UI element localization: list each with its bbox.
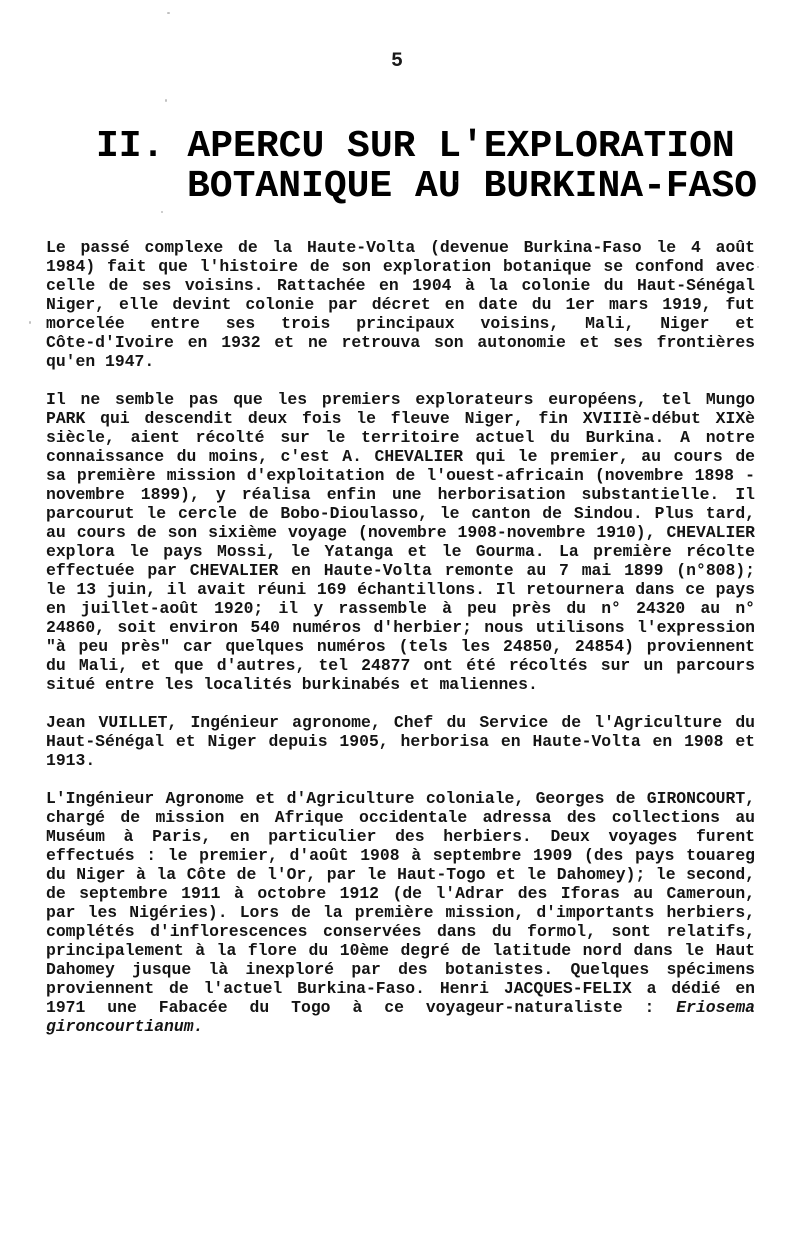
text-line: PARK qui descendit deux fois le fleuve N… — [46, 409, 755, 428]
text-line: explora le pays Mossi, le Yatanga et le … — [46, 542, 755, 561]
scan-speck — [165, 99, 167, 102]
text-line: principalement à la flore du 10ème degré… — [46, 941, 755, 960]
species-name-italic: gironcourtianum. — [46, 1017, 203, 1036]
text-line: 1913. — [46, 751, 755, 770]
text-line: Le passé complexe de la Haute-Volta (dev… — [46, 238, 755, 257]
text-line: Jean VUILLET, Ingénieur agronome, Chef d… — [46, 713, 755, 732]
scan-speck — [455, 180, 457, 182]
text-line: en juillet-août 1920; il y rassemble à p… — [46, 599, 755, 618]
text-line: le 13 juin, il avait réuni 169 échantill… — [46, 580, 755, 599]
text-line: du Niger à la Côte de l'Or, par le Haut-… — [46, 865, 755, 884]
text-line: gironcourtianum. — [46, 1017, 755, 1036]
section-heading-line2: BOTANIQUE AU BURKINA-FASO — [187, 167, 757, 207]
text-line: chargé de mission en Afrique occidentale… — [46, 808, 755, 827]
text-line: complétés d'inflorescences conservées da… — [46, 922, 755, 941]
text-line: proviennent de l'actuel Burkina-Faso. He… — [46, 979, 755, 998]
section-heading-line1: II.APERCU SUR L'EXPLORATION — [96, 127, 757, 167]
text-line: par les Nigéries). Lors de la première m… — [46, 903, 755, 922]
text-line: de septembre 1911 à octobre 1912 (de l'A… — [46, 884, 755, 903]
paragraph: Jean VUILLET, Ingénieur agronome, Chef d… — [46, 713, 755, 770]
text-line: Dahomey jusque là inexploré par des bota… — [46, 960, 755, 979]
text-line: sa première mission d'exploitation de l'… — [46, 466, 755, 485]
section-heading: II.APERCU SUR L'EXPLORATION BOTANIQUE AU… — [96, 127, 757, 207]
text-line: Haut-Sénégal et Niger depuis 1905, herbo… — [46, 732, 755, 751]
text-line: morcelée entre ses trois principaux vois… — [46, 314, 755, 333]
text-line: situé entre les localités burkinabés et … — [46, 675, 755, 694]
text-line: du Mali, et que d'autres, tel 24877 ont … — [46, 656, 755, 675]
text-line: L'Ingénieur Agronome et d'Agriculture co… — [46, 789, 755, 808]
text-line: celle de ses voisins. Rattachée en 1904 … — [46, 276, 755, 295]
text-run: 1971 une Fabacée du Togo à ce voyageur-n… — [46, 998, 676, 1017]
section-number: II. — [96, 127, 164, 167]
text-line: Côte-d'Ivoire en 1932 et ne retrouva son… — [46, 333, 755, 352]
scanned-document-page: { "page": { "number": "5" }, "title": { … — [0, 0, 800, 1239]
text-line: Muséum à Paris, en particulier des herbi… — [46, 827, 755, 846]
text-line: qu'en 1947. — [46, 352, 755, 371]
text-line: effectuée par CHEVALIER en Haute-Volta r… — [46, 561, 755, 580]
text-line: novembre 1899), y réalisa enfin une herb… — [46, 485, 755, 504]
text-line: Niger, elle devint colonie par décret en… — [46, 295, 755, 314]
text-line: au cours de son sixième voyage (novembre… — [46, 523, 755, 542]
page-number: 5 — [0, 50, 794, 73]
text-line: effectués : le premier, d'août 1908 à se… — [46, 846, 755, 865]
scan-speck — [29, 321, 31, 324]
scan-speck — [757, 266, 759, 268]
text-line: connaissance du moins, c'est A. CHEVALIE… — [46, 447, 755, 466]
text-line: 1984) fait que l'histoire de son explora… — [46, 257, 755, 276]
paragraph: Le passé complexe de la Haute-Volta (dev… — [46, 238, 755, 371]
text-line: 24860, soit environ 540 numéros d'herbie… — [46, 618, 755, 637]
species-name-italic: Eriosema — [676, 998, 755, 1017]
text-line: Il ne semble pas que les premiers explor… — [46, 390, 755, 409]
text-line: 1971 une Fabacée du Togo à ce voyageur-n… — [46, 998, 755, 1017]
scan-speck — [167, 12, 170, 14]
paragraph: L'Ingénieur Agronome et d'Agriculture co… — [46, 789, 755, 1036]
text-line: siècle, aient récolté sur le territoire … — [46, 428, 755, 447]
section-title-text: APERCU SUR L'EXPLORATION — [187, 125, 734, 168]
text-line: parcourut le cercle de Bobo-Dioulasso, l… — [46, 504, 755, 523]
paragraph: Il ne semble pas que les premiers explor… — [46, 390, 755, 694]
body-text: Le passé complexe de la Haute-Volta (dev… — [46, 238, 755, 1055]
scan-speck — [161, 211, 163, 213]
text-line: "à peu près" car quelques numéros (tels … — [46, 637, 755, 656]
